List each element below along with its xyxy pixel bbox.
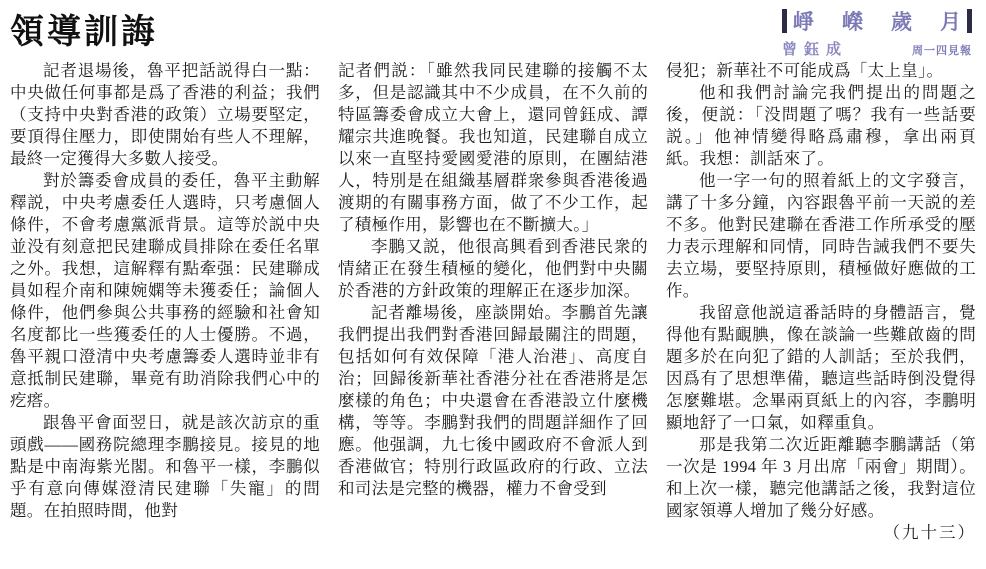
- author-name: 曾鈺成: [782, 38, 848, 59]
- masthead-title-char: 月: [940, 6, 961, 36]
- text-column-3: 侵犯；新華社不可能成爲「太上皇」。 他和我們討論完我們提出的問題之後，便説：「没…: [666, 60, 976, 544]
- text-column-1: 記者退場後，魯平把話説得白一點：中央做任何事都是爲了香港的利益；我們（支持中央對…: [10, 60, 320, 544]
- paragraph: 李鵬又説，他很高興看到香港民衆的情緒正在發生積極的變化，他們對中央關於香港的方針…: [338, 236, 648, 302]
- paragraph-continuation: 記者們説：「雖然我同民建聯的接觸不太多，但是認識其中不少成員，在不久前的特區籌委…: [338, 60, 648, 236]
- masthead-title-char: 嶸: [842, 6, 863, 36]
- masthead-subline: 曾鈺成 周一四見報: [782, 38, 972, 59]
- article-body: 記者退場後，魯平把話説得白一點：中央做任何事都是爲了香港的利益；我們（支持中央對…: [0, 58, 986, 544]
- masthead-right-bar: [967, 9, 972, 33]
- paragraph: 他和我們討論完我們提出的問題之後，便説：「没問題了嗎？我有一些話要説。」他神情變…: [666, 82, 976, 170]
- column-masthead: 崢 嶸 歲 月 曾鈺成 周一四見報: [782, 6, 972, 59]
- text-column-2: 記者們説：「雖然我同民建聯的接觸不太多，但是認識其中不少成員，在不久前的特區籌委…: [338, 60, 648, 544]
- paragraph: 記者離場後，座談開始。李鵬首先讓我們提出我們對香港回歸最關注的問題，包括如何有效…: [338, 302, 648, 500]
- paragraph: 記者退場後，魯平把話説得白一點：中央做任何事都是爲了香港的利益；我們（支持中央對…: [10, 60, 320, 170]
- masthead-title: 崢 嶸 歲 月: [782, 6, 972, 36]
- paragraph: 那是我第二次近距離聽李鵬講話（第一次是 1994 年 3 月出席「兩會」期間）。…: [666, 434, 976, 522]
- paragraph: 他一字一句的照着紙上的文字發言，講了十多分鐘，內容跟魯平前一天説的差不多。他對民…: [666, 170, 976, 302]
- paragraph: 我留意他説這番話時的身體語言，覺得他有點靦腆，像在談論一些難啟齒的問題多於在向犯…: [666, 302, 976, 434]
- paragraph: 跟魯平會面翌日，就是該次訪京的重頭戲——國務院總理李鵬接見。接見的地點是中南海紫…: [10, 412, 320, 522]
- masthead-title-char: 歲: [891, 6, 912, 36]
- paragraph-continuation: 侵犯；新華社不可能成爲「太上皇」。: [666, 60, 976, 82]
- publication-schedule: 周一四見報: [912, 42, 972, 58]
- installment-number: （九十三）: [666, 522, 976, 544]
- page-title: 領導訓誨: [10, 4, 158, 53]
- newspaper-column-page: 領導訓誨 崢 嶸 歲 月 曾鈺成 周一四見報 記者退場後，魯平把話説得白一點：中…: [0, 0, 986, 569]
- masthead-title-char: 崢: [793, 6, 814, 36]
- paragraph: 對於籌委會成員的委任，魯平主動解釋説，中央考慮委任人選時，只考慮個人條件，不會考…: [10, 170, 320, 412]
- masthead-title-text: 崢 嶸 歲 月: [787, 6, 967, 36]
- page-header: 領導訓誨 崢 嶸 歲 月 曾鈺成 周一四見報: [0, 0, 986, 58]
